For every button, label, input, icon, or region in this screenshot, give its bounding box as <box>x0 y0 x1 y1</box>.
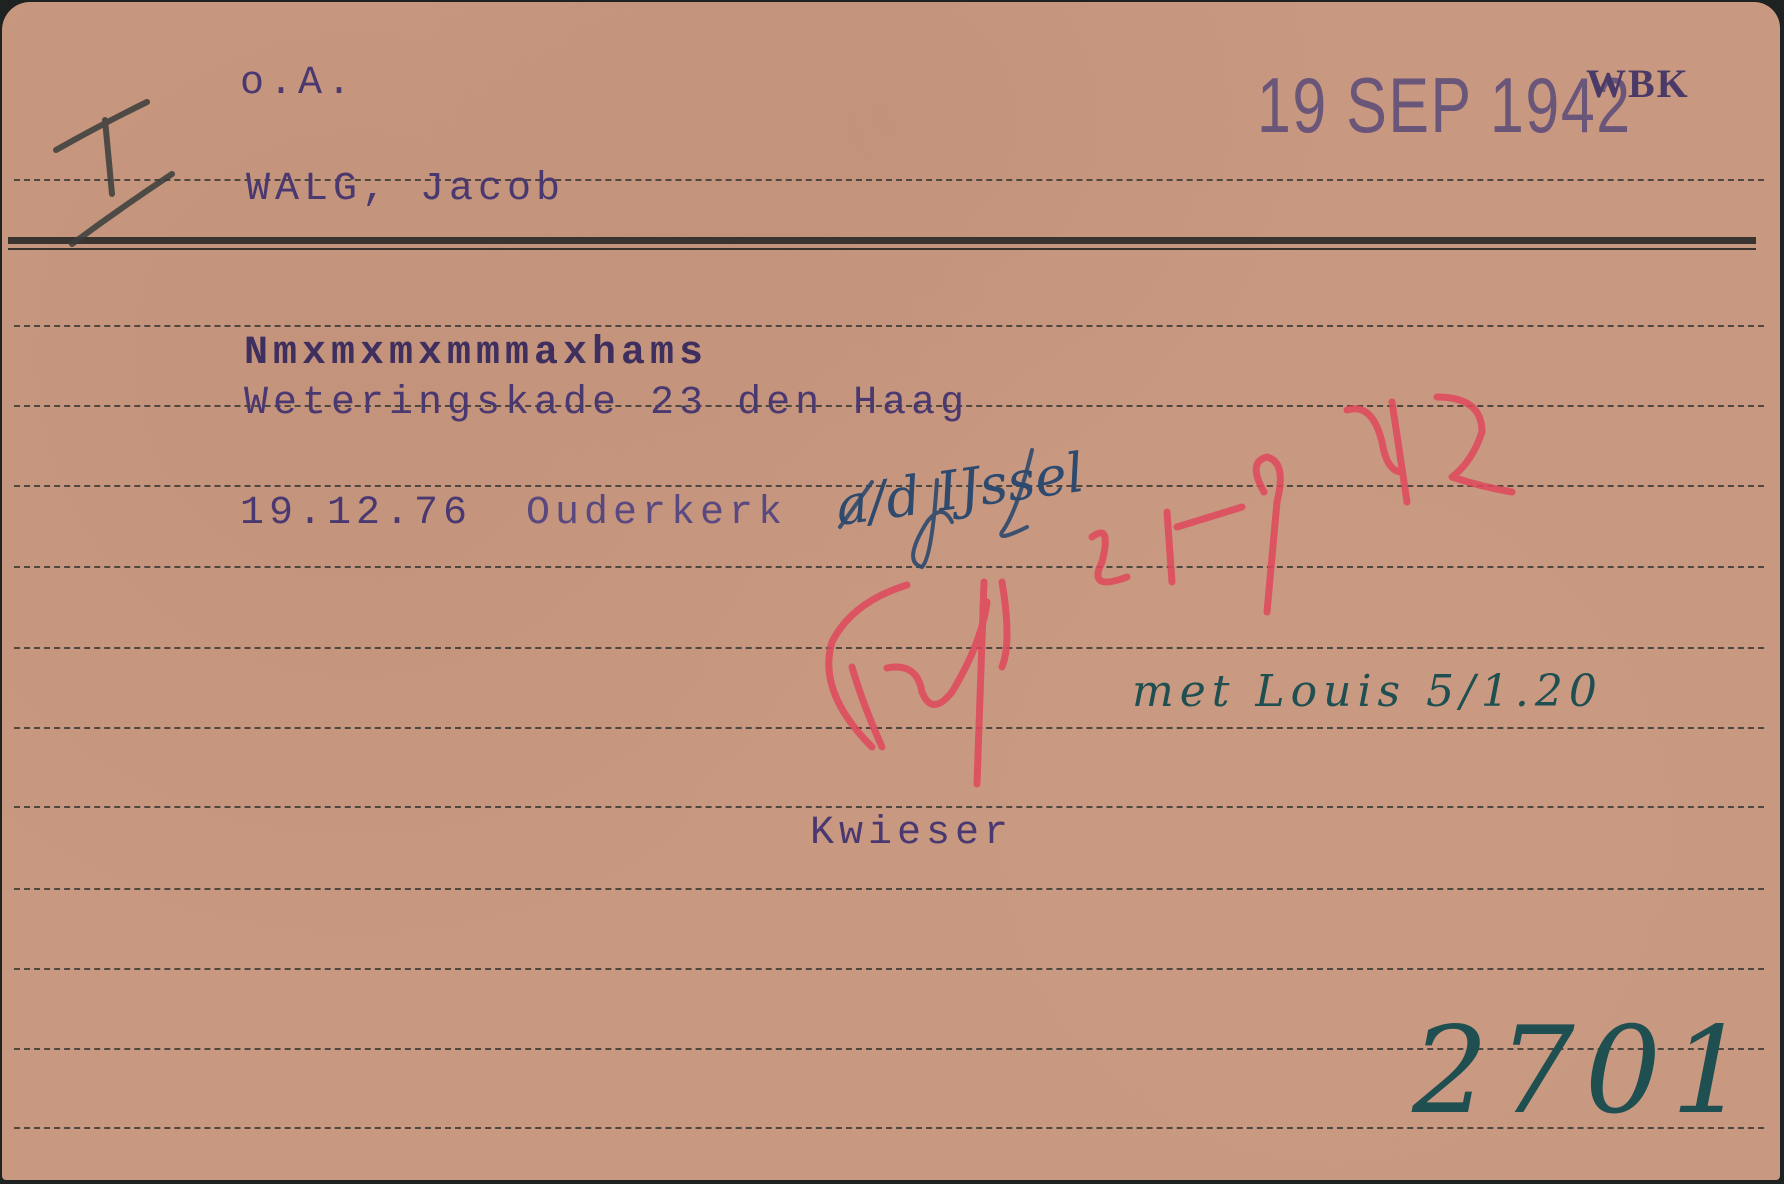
index-card: o.A. WALG, Jacob 19 SEP 1942 WBK Nmxmxmx… <box>2 2 1780 1180</box>
handwriting-strokes <box>2 2 1780 1180</box>
blue-ink-strokes <box>840 450 1032 567</box>
red-annotation-strokes <box>829 397 1512 784</box>
pencil-mark-icon <box>56 102 172 244</box>
